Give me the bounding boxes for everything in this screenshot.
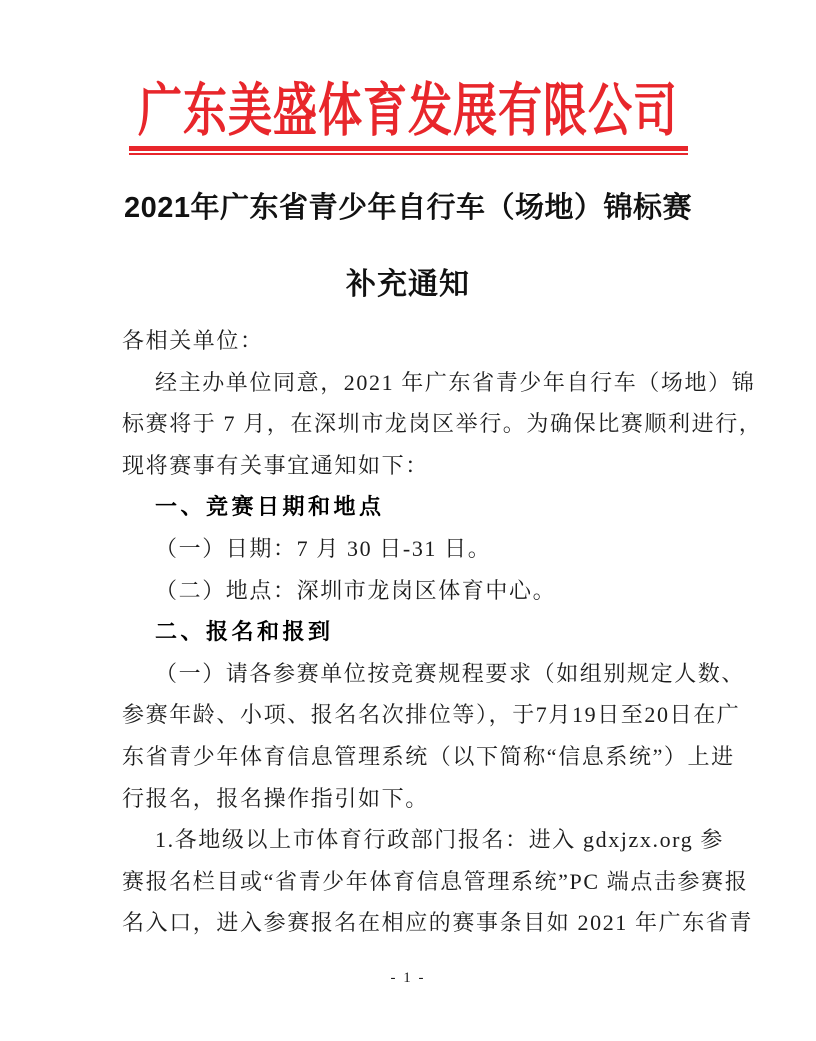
document-page: 广东美盛体育发展有限公司 2021年广东省青少年自行车（场地）锦标赛 补充通知 … <box>0 0 816 1041</box>
document-body: 各相关单位： 经主办单位同意，2021 年广东省青少年自行车（场地）锦 标赛将于… <box>122 320 718 944</box>
body-line-registration-3: 东省青少年体育信息管理系统（以下简称“信息系统”）上进 <box>122 736 718 778</box>
body-line-registration-1: （一）请各参赛单位按竞赛规程要求（如组别规定人数、 <box>122 653 718 695</box>
body-line-salutation: 各相关单位： <box>122 320 718 362</box>
body-line-item1-3: 名入口，进入参赛报名在相应的赛事条目如 2021 年广东省青 <box>122 902 718 944</box>
body-line-intro-2: 标赛将于 7 月，在深圳市龙岗区举行。为确保比赛顺利进行， <box>122 403 718 445</box>
letterhead-double-rule <box>129 146 688 155</box>
body-line-intro-3: 现将赛事有关事宜通知如下： <box>122 445 718 487</box>
body-line-item1-2: 赛报名栏目或“省青少年体育信息管理系统”PC 端点击参赛报 <box>122 861 718 903</box>
document-title: 2021年广东省青少年自行车（场地）锦标赛 <box>0 185 816 226</box>
body-heading-section-1: 一、竞赛日期和地点 <box>122 486 718 528</box>
company-letterhead: 广东美盛体育发展有限公司 <box>0 78 816 146</box>
body-line-registration-2: 参赛年龄、小项、报名名次排位等），于7月19日至20日在广 <box>122 694 718 736</box>
document-subtitle: 补充通知 <box>0 259 816 303</box>
body-line-date: （一）日期：7 月 30 日-31 日。 <box>122 528 718 570</box>
body-line-location: （二）地点：深圳市龙岗区体育中心。 <box>122 570 718 612</box>
page-number: - 1 - <box>0 970 816 987</box>
body-heading-section-2: 二、报名和报到 <box>122 611 718 653</box>
body-line-item1-1: 1.各地级以上市体育行政部门报名：进入 gdxjzx.org 参 <box>122 819 718 861</box>
body-line-intro-1: 经主办单位同意，2021 年广东省青少年自行车（场地）锦 <box>122 362 718 404</box>
body-line-registration-4: 行报名，报名操作指引如下。 <box>122 778 718 820</box>
